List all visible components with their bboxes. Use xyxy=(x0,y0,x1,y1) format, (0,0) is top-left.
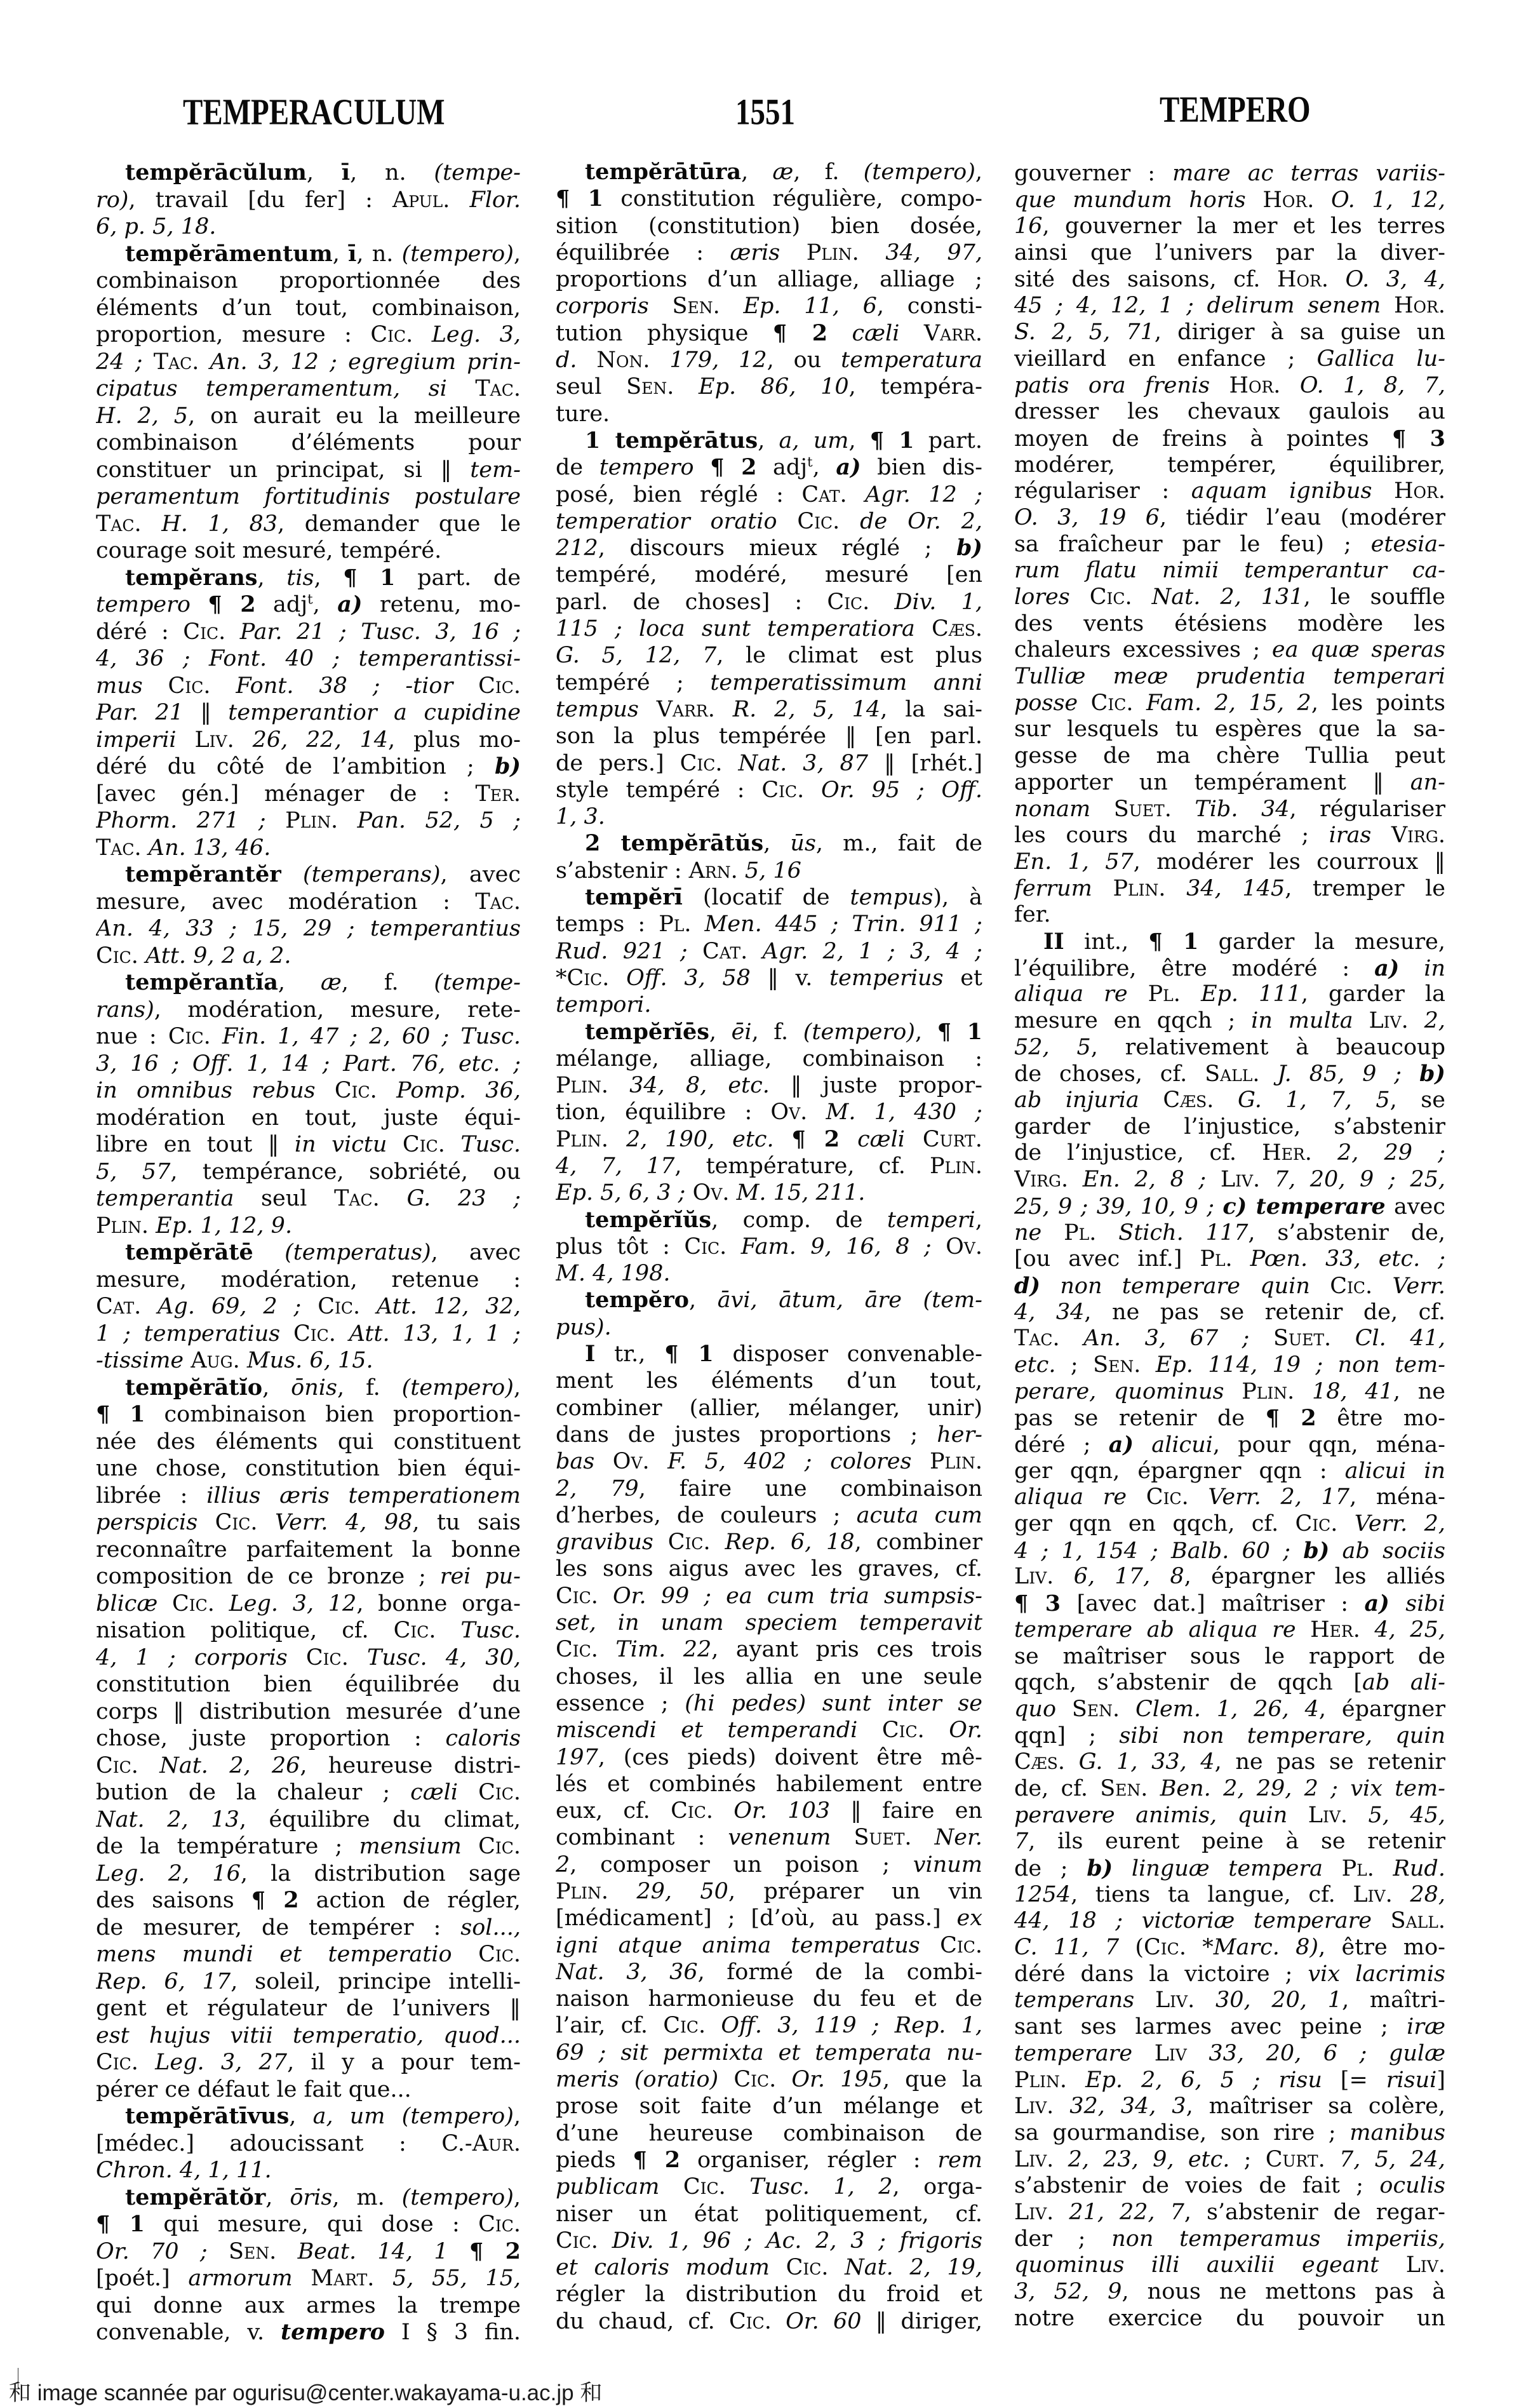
bold-italic-text: a) xyxy=(1109,1432,1134,1458)
author-abbreviation: Liv. xyxy=(1221,1167,1260,1192)
author-abbreviation: Cic. xyxy=(96,2050,138,2075)
author-abbreviation: Plin. xyxy=(1014,2067,1067,2093)
text-line: déré dans la victoire ; vix lacrimis xyxy=(1014,1961,1445,1988)
text-line: d’une heureuse combinaison de xyxy=(556,2120,982,2147)
italic-text: mus xyxy=(96,673,143,699)
bold-text: tempĕrāmentum xyxy=(125,241,333,267)
text-line: gesse de ma chère Tullia peut xyxy=(1014,743,1445,770)
text-line: bution de la chaleur ; cæli Cic. xyxy=(96,1779,521,1806)
author-abbreviation: Cic. xyxy=(1090,584,1132,610)
author-abbreviation: Tac. xyxy=(334,1186,380,1211)
author-abbreviation: Cic. xyxy=(556,2228,598,2254)
italic-text: tis xyxy=(286,565,314,591)
text-line: son la plus tempérée ‖ [en parl. xyxy=(556,723,982,749)
text-line: Cic. Div. 1, 96 ; Ac. 2, 3 ; frigoris xyxy=(556,2228,982,2254)
italic-text: rans) xyxy=(96,997,154,1023)
author-abbreviation: Cic. xyxy=(394,1618,436,1643)
italic-text: 44, 18 ; victoriæ temperare xyxy=(1014,1908,1372,1933)
italic-text: Flor. xyxy=(469,187,521,213)
text-line: 2, 79, faire une combinaison xyxy=(556,1475,982,1502)
text-line: temps : Pl. Men. 445 ; Trin. 911 ; xyxy=(556,911,982,938)
text-line: chaleurs excessives ; ea quæ speras xyxy=(1014,637,1445,664)
dictionary-entry: tempĕro, āvi, ātum, āre (tem-pus). xyxy=(556,1287,982,1341)
italic-text: 212 xyxy=(556,535,598,561)
page-number: 1551 xyxy=(735,94,795,131)
italic-text: miscendi et temperandi xyxy=(556,1717,857,1743)
italic-text: Cl. 41, xyxy=(1355,1326,1445,1351)
italic-text: vinum xyxy=(913,1852,982,1878)
text-line: pieds ¶ 2 organiser, régler : rem xyxy=(556,2147,982,2174)
bold-text: tempĕrātē xyxy=(125,1239,253,1265)
author-abbreviation: Suet. xyxy=(1114,796,1172,822)
text-line: garder de l’injustice, s’abstenir xyxy=(1014,1114,1445,1141)
italic-text: a, um xyxy=(779,428,849,454)
text-line: 1 tempĕrātus, a, um, ¶ 1 part. xyxy=(556,427,982,454)
bold-text: tempĕro xyxy=(585,1287,689,1313)
bold-text: ī xyxy=(348,241,356,267)
text-line: tempĕrantĕr (temperans), avec xyxy=(96,861,521,889)
italic-text: An. 3, 67 ; xyxy=(1083,1326,1249,1351)
text-line: 1, 3. xyxy=(556,803,982,830)
text-line: rans), modération, mesure, rete- xyxy=(96,997,521,1024)
italic-text: peravere animis, quin xyxy=(1014,1803,1287,1828)
author-abbreviation: Cic. xyxy=(882,1717,925,1743)
text-line: Liv. 32, 34, 3, maîtriser sa colère, xyxy=(1014,2093,1445,2120)
text-line: 6, p. 5, 18. xyxy=(96,213,521,241)
text-line: ¶ 1 combinaison bien proportion- xyxy=(96,1401,521,1428)
dictionary-entry: II int., ¶ 1 garder la mesure,l’équilibr… xyxy=(1014,929,1445,2332)
text-line: Tulliæ meæ prudentia temperari xyxy=(1014,664,1445,690)
text-line: 4 ; 1, 154 ; Balb. 60 ; b) ab sociis xyxy=(1014,1538,1445,1564)
author-abbreviation: Varr. xyxy=(657,697,715,722)
italic-text: mensium xyxy=(359,1834,462,1859)
italic-text: Div. 1, 96 ; Ac. 2, 3 ; frigoris xyxy=(612,2228,982,2254)
author-abbreviation: Cic. xyxy=(827,589,869,615)
italic-text: Men. 445 ; Trin. 911 ; xyxy=(705,911,982,937)
italic-text: aliqua re xyxy=(1014,981,1128,1007)
italic-text: Par. 21 xyxy=(96,700,184,725)
italic-text: Phorm. 271 ; xyxy=(96,808,266,833)
author-abbreviation: Apul. xyxy=(392,187,450,213)
italic-text: 21, 22, 7 xyxy=(1069,2200,1184,2225)
italic-text: Agr. 2, 1 ; 3, 4 ; xyxy=(763,939,982,964)
author-abbreviation: C.-Aur. xyxy=(441,2131,521,2156)
text-line: dresser les chevaux gaulois au xyxy=(1014,399,1445,426)
author-abbreviation: Her. xyxy=(1310,1617,1360,1643)
italic-text: An. 13, 46. xyxy=(149,835,271,861)
italic-text: alicui xyxy=(1151,1432,1213,1458)
italic-text: in xyxy=(1424,956,1445,981)
text-line: tempĕrāmentum, ī, n. (tempero), xyxy=(96,241,521,268)
italic-text: cæli xyxy=(410,1780,458,1805)
italic-text: Tusc. xyxy=(460,1132,521,1157)
text-line: née des éléments qui constituent xyxy=(96,1428,521,1456)
text-line: Leg. 2, 16, la distribution sage xyxy=(96,1860,521,1888)
text-line: fer. xyxy=(1014,902,1445,929)
italic-text: 1254 xyxy=(1014,1882,1071,1907)
italic-text: G. 23 ; xyxy=(406,1186,521,1211)
italic-text: temperi xyxy=(887,1207,975,1233)
author-abbreviation: Cic. xyxy=(168,1024,211,1049)
text-line: miscendi et temperandi Cic. Or. xyxy=(556,1717,982,1744)
left-guideword: TEMPERACULUM xyxy=(183,94,445,131)
text-line: in omnibus rebus Cic. Pomp. 36, xyxy=(96,1077,521,1105)
author-abbreviation: Liv. xyxy=(1014,2200,1054,2225)
italic-text: quominus illi auxilii egeant xyxy=(1014,2252,1379,2278)
author-abbreviation: Varr. xyxy=(924,321,982,346)
italic-text: ōris xyxy=(290,2185,332,2210)
dictionary-entry: tempĕrantĕr (temperans), avecmesure, ave… xyxy=(96,861,521,969)
text-line: tution physique ¶ 2 cæli Varr. xyxy=(556,320,982,347)
text-line: notre exercice du pouvoir un xyxy=(1014,2306,1445,2332)
italic-text: Tib. 34 xyxy=(1195,796,1289,822)
bold-text: tempĕrātŏr xyxy=(125,2184,265,2210)
bold-text: ¶ 2 xyxy=(792,1126,840,1152)
italic-text: M. 1, 430 ; xyxy=(826,1099,982,1125)
italic-text: (tempero) xyxy=(402,241,514,267)
italic-text: 4, 1 ; corporis xyxy=(96,1645,288,1670)
text-line: d) non temperare quin Cic. Verr. xyxy=(1014,1273,1445,1300)
text-line: est hujus vitii temperatio, quod... xyxy=(96,2022,521,2050)
italic-text: -tissime xyxy=(96,1348,184,1373)
italic-text: Fam. 2, 15, 2 xyxy=(1146,690,1311,716)
italic-text: est hujus vitii temperatio, quod... xyxy=(96,2023,521,2048)
author-abbreviation: Aug. xyxy=(191,1348,239,1373)
text-line: dans de justes proportions ; her- xyxy=(556,1421,982,1448)
text-line: Cic. Nat. 2, 26, heureuse distri- xyxy=(96,1752,521,1780)
text-line: mus Cic. Font. 38 ; -tior Cic. xyxy=(96,673,521,700)
italic-text: 16 xyxy=(1014,213,1043,239)
italic-text: Tusc. 4, 30, xyxy=(367,1645,521,1670)
italic-text: 2, xyxy=(1424,1008,1445,1033)
italic-text: Rud. xyxy=(1393,1856,1445,1881)
author-abbreviation: Sen. xyxy=(229,2239,276,2264)
italic-text: pus). xyxy=(556,1315,612,1340)
italic-text: in omnibus rebus xyxy=(96,1078,316,1103)
italic-text: (tempero) xyxy=(803,1019,915,1045)
italic-text: Att. 12, 32, xyxy=(377,1294,521,1319)
text-line: qqn] ; sibi non temperare, quin xyxy=(1014,1723,1445,1750)
italic-text: Tusc. xyxy=(460,1618,521,1643)
author-abbreviation: Curt. xyxy=(923,1127,982,1152)
author-abbreviation: Suet. xyxy=(1273,1326,1331,1351)
italic-text: 2, 29 ; xyxy=(1337,1140,1445,1166)
text-line: 197, (ces pieds) doivent être mê- xyxy=(556,1744,982,1771)
text-line: d. Non. 179, 12, ou temperatura xyxy=(556,347,982,373)
italic-text: Ner. xyxy=(935,1825,982,1850)
dictionary-entry: 2 tempĕrātŭs, ūs, m., fait des’abstenir … xyxy=(556,830,982,884)
italic-text: 32, 34, 3 xyxy=(1069,2093,1186,2119)
text-line: Liv. 2, 23, 9, etc. ; Curt. 7, 5, 24, xyxy=(1014,2147,1445,2174)
superscript: t xyxy=(307,591,312,607)
italic-text: (temperans) xyxy=(303,862,441,887)
italic-text: G. 1, 33, 4 xyxy=(1079,1749,1215,1775)
text-line: courage soit mesuré, tempéré. xyxy=(96,537,521,565)
italic-text: 69 ; sit permixta et temperata nu- xyxy=(556,2040,982,2066)
author-abbreviation: Liv. xyxy=(1353,1882,1392,1907)
author-abbreviation: Tac. xyxy=(154,349,199,375)
italic-text: Pœn. 33, etc. ; xyxy=(1250,1246,1445,1272)
text-line: gravibus Cic. Rep. 6, 18, combiner xyxy=(556,1529,982,1556)
text-line: seul Sen. Ep. 86, 10, tempéra- xyxy=(556,373,982,400)
italic-text: 3, 16 ; Off. 1, 14 ; Part. 76, etc. ; xyxy=(96,1051,521,1077)
italic-text: perspicis xyxy=(96,1510,198,1535)
text-line: gent et régulateur de l’univers ‖ xyxy=(96,1995,521,2022)
text-line: déré ; a) alicui, pour qqn, ména- xyxy=(1014,1432,1445,1458)
text-line: 52, 5, relativement à beaucoup xyxy=(1014,1035,1445,1061)
italic-text: temperans xyxy=(1014,1987,1134,2013)
bold-text: I xyxy=(585,1341,595,1367)
italic-text: 34, 145 xyxy=(1186,876,1285,901)
text-line: aliqua re Cic. Verr. 2, 17, ména- xyxy=(1014,1484,1445,1511)
text-line: patis ora frenis Hor. O. 1, 8, 7, xyxy=(1014,373,1445,400)
text-line: de pers.] Cic. Nat. 3, 87 ‖ [rhét.] xyxy=(556,750,982,777)
dictionary-entry: tempĕrātīvus, a, um (tempero),[médec.] a… xyxy=(96,2103,521,2184)
text-line: plus tôt : Cic. Fam. 9, 16, 8 ; Ov. xyxy=(556,1233,982,1260)
author-abbreviation: Hor. xyxy=(1394,478,1445,504)
text-line: posse Cic. Fam. 2, 15, 2, les points xyxy=(1014,690,1445,717)
text-line: s’abstenir : Arn. 5, 16 xyxy=(556,857,982,884)
text-line: tempus Varr. R. 2, 5, 14, la sai- xyxy=(556,696,982,723)
italic-text: Ep. 11, 6 xyxy=(743,293,876,319)
text-line: tempĕrĭŭs, comp. de temperi, xyxy=(556,1207,982,1233)
italic-text: Or. 70 ; xyxy=(96,2239,208,2264)
bold-text: tempĕrī xyxy=(585,884,683,910)
italic-text: aliqua re xyxy=(1014,1484,1127,1510)
text-line: ¶ 1 constitution régulière, compo- xyxy=(556,185,982,212)
text-line: constitution bien équilibrée du xyxy=(96,1671,521,1698)
author-abbreviation: Liv. xyxy=(1014,1564,1054,1589)
text-line: blicæ Cic. Leg. 3, 12, bonne orga- xyxy=(96,1590,521,1618)
text-line: naison harmonieuse du feu et de xyxy=(556,1986,982,2012)
author-abbreviation: Cic. xyxy=(1146,1484,1189,1510)
author-abbreviation: Pl. xyxy=(1064,1220,1096,1246)
italic-text: Font. 38 ; -tior xyxy=(236,673,453,699)
text-line: 2, composer un poison ; vinum xyxy=(556,1852,982,1878)
text-line: publicam Cic. Tusc. 1, 2, orga- xyxy=(556,2174,982,2200)
author-abbreviation: Ter. xyxy=(475,781,521,807)
bold-text: ¶ 1 xyxy=(96,2211,145,2237)
text-line: bas Ov. F. 5, 402 ; colores Plin. xyxy=(556,1448,982,1475)
italic-text: de Or. 2, xyxy=(860,509,982,534)
italic-text: Att. 13, 1, 1 ; xyxy=(349,1321,521,1347)
italic-text: 1, 3. xyxy=(556,804,605,830)
column-1: tempĕrācŭlum, ī, n. (tempe-ro), travail … xyxy=(96,159,521,2346)
author-abbreviation: Cic. xyxy=(168,673,211,699)
text-line: ture. xyxy=(556,401,982,427)
italic-text: acuta cum xyxy=(857,1503,982,1528)
italic-text: etc. xyxy=(1014,1352,1056,1378)
text-line: s’abstenir de voies de fait ; oculis xyxy=(1014,2173,1445,2200)
text-line: prose soit faite d’un mélange et xyxy=(556,2093,982,2120)
italic-text: (tempero) xyxy=(402,2185,514,2210)
text-line: vieillard en enfance ; Gallica lu- xyxy=(1014,346,1445,373)
text-line: sur lesquels tu espères que la sa- xyxy=(1014,716,1445,743)
italic-text: Pan. 52, 5 ; xyxy=(358,808,521,833)
text-line: de ; b) linguæ tempera Pl. Rud. xyxy=(1014,1855,1445,1882)
italic-text: 2, 190, etc. xyxy=(626,1127,774,1152)
italic-text: Or. 195 xyxy=(791,2067,883,2092)
text-line: ger qqn en qqch, cf. Cic. Verr. 2, xyxy=(1014,1511,1445,1538)
author-abbreviation: Cic. xyxy=(683,2174,726,2200)
text-line: Cic. Tim. 22, ayant pris ces trois xyxy=(556,1636,982,1663)
italic-text: C. 11, 7 xyxy=(1014,1935,1119,1960)
dictionary-entry: tempĕrī (locatif de tempus), àtemps : Pl… xyxy=(556,884,982,1018)
italic-text: En. 2, 8 ; xyxy=(1083,1167,1207,1192)
text-line: peravere animis, quin Liv. 5, 45, xyxy=(1014,1803,1445,1829)
text-line: les sons aigus avec les graves, cf. xyxy=(556,1556,982,1582)
italic-text: (tempe- xyxy=(434,160,521,185)
italic-text: iræ xyxy=(1407,2014,1445,2040)
bold-text: ¶ 1 xyxy=(870,427,914,454)
author-abbreviation: Ov. xyxy=(946,1234,982,1260)
italic-text: M. 4, 198. xyxy=(556,1261,671,1286)
text-line: ainsi que l’univers par la diver- xyxy=(1014,240,1445,267)
text-line: quo Sen. Clem. 1, 26, 4, épargner xyxy=(1014,1697,1445,1723)
text-line: proportion, mesure : Cic. Leg. 3, xyxy=(96,321,521,349)
text-line: équilibrée : æris Plin. 34, 97, xyxy=(556,239,982,266)
italic-text: 5, 57 xyxy=(96,1159,170,1185)
bold-text: tempĕrantĭa xyxy=(125,969,278,995)
text-line: Cæs. G. 1, 33, 4, ne pas se retenir xyxy=(1014,1749,1445,1776)
text-line: [ou avec inf.] Pl. Pœn. 33, etc. ; xyxy=(1014,1246,1445,1273)
bold-text: ¶ 2 xyxy=(633,2147,681,2173)
italic-text: F. 5, 402 ; colores xyxy=(667,1449,911,1474)
italic-text: temperius xyxy=(829,965,944,991)
italic-text: O. 1, 8, 7, xyxy=(1300,373,1445,398)
bold-text: ¶ 2 xyxy=(251,1887,299,1913)
italic-text: 28, xyxy=(1410,1882,1445,1907)
author-abbreviation: Tac. xyxy=(96,835,142,861)
text-line: tempéré ; temperatissimum anni xyxy=(556,669,982,696)
italic-text: Ag. 69, 2 ; xyxy=(157,1294,301,1319)
author-abbreviation: Cic. xyxy=(940,1933,982,1958)
italic-text: (tempe- xyxy=(434,970,521,995)
text-line: nonam Suet. Tib. 34, régulariser xyxy=(1014,796,1445,823)
text-line: 2 tempĕrātŭs, ūs, m., fait de xyxy=(556,830,982,857)
bold-italic-text: b) xyxy=(495,753,521,779)
italic-text: ab injuria xyxy=(1014,1087,1139,1113)
author-abbreviation: Cic. xyxy=(318,1294,360,1319)
italic-text: 4, 36 ; Font. 40 ; temperantissi- xyxy=(96,646,521,671)
italic-text: ab sociis xyxy=(1342,1538,1445,1564)
bold-text: tempĕrĭēs xyxy=(585,1019,709,1045)
italic-text: Fin. 1, 47 ; 2, 60 ; Tusc. xyxy=(222,1024,521,1049)
italic-text: Div. 1, xyxy=(894,589,982,615)
text-line: d’herbes, de couleurs ; acuta cum xyxy=(556,1502,982,1529)
italic-text: 2 xyxy=(556,1852,570,1878)
bold-italic-text: b) xyxy=(956,535,982,561)
italic-text: 33, 20, 6 ; gulæ xyxy=(1209,2041,1445,2066)
italic-text: 45 ; 4, 12, 1 ; delirum senem xyxy=(1014,293,1381,318)
bold-text: ī xyxy=(342,159,350,185)
text-line: et caloris modum Cic. Nat. 2, 19, xyxy=(556,2254,982,2281)
italic-text: 29, 50 xyxy=(636,1879,728,1904)
text-line: tion, équilibre : Ov. M. 1, 430 ; xyxy=(556,1099,982,1126)
scan-credit: 和 image scannée par ogurisu@center.wakay… xyxy=(9,2382,602,2405)
bold-text: 2 tempĕrātŭs xyxy=(585,830,763,856)
italic-text: tempori. xyxy=(556,992,652,1018)
text-line: ab injuria Cæs. G. 1, 7, 5, se xyxy=(1014,1087,1445,1114)
text-line: Cat. Ag. 69, 2 ; Cic. Att. 12, 32, xyxy=(96,1293,521,1321)
text-line: mélange, alliage, combinaison : xyxy=(556,1045,982,1072)
text-line: Nat. 2, 13, équilibre du climat, xyxy=(96,1806,521,1834)
author-abbreviation: Plin. xyxy=(1113,876,1165,901)
italic-text: tem- xyxy=(470,457,521,483)
italic-text: Or. 95 ; Off. xyxy=(821,777,982,803)
text-line: tempĕrī (locatif de tempus), à xyxy=(556,884,982,911)
bold-italic-text: a) xyxy=(337,591,362,617)
italic-text: Par. 21 ; Tusc. 3, 16 ; xyxy=(240,619,521,645)
text-line: -tissime Aug. Mus. 6, 15. xyxy=(96,1347,521,1374)
text-line: composition de ce bronze ; rei pu- xyxy=(96,1563,521,1590)
dictionary-entry: tempĕrātūra, æ, f. (tempero),¶ 1 constit… xyxy=(556,159,982,427)
text-line: l’air, cf. Cic. Off. 3, 119 ; Rep. 1, xyxy=(556,2012,982,2039)
author-abbreviation: Suet. xyxy=(854,1825,911,1850)
italic-text: Tulliæ meæ prudentia temperari xyxy=(1014,664,1445,689)
author-abbreviation: Cic. xyxy=(733,2067,776,2092)
author-abbreviation: Liv. xyxy=(1155,1987,1195,2013)
italic-text: armorum xyxy=(188,2266,292,2291)
italic-text: 5, 55, 15, xyxy=(392,2266,521,2291)
author-abbreviation: Cat. xyxy=(801,482,847,507)
italic-text: temperare ab aliqua re xyxy=(1014,1617,1296,1643)
author-abbreviation: Cic. xyxy=(293,1321,336,1347)
author-abbreviation: Cic. xyxy=(1330,1274,1372,1299)
text-line: Cic. Leg. 3, 27, il y a pour tem- xyxy=(96,2049,521,2076)
text-line: O. 3, 19 6, tiédir l’eau (modérer xyxy=(1014,505,1445,532)
bold-text: ¶ 1 xyxy=(664,1341,714,1367)
italic-text: temperatissimum anni xyxy=(710,670,982,696)
italic-text: imperii xyxy=(96,727,177,753)
bold-text: tempĕrans xyxy=(125,565,257,591)
bold-text: tempĕrātīvus xyxy=(125,2103,289,2129)
author-abbreviation: Cæs. xyxy=(932,616,982,642)
text-line: nisation politique, cf. Cic. Tusc. xyxy=(96,1617,521,1644)
italic-text: ea quæ speras xyxy=(1272,637,1445,662)
italic-text: ab ali- xyxy=(1362,1670,1445,1695)
text-line: Rud. 921 ; Cat. Agr. 2, 1 ; 3, 4 ; xyxy=(556,938,982,965)
italic-text: 115 ; loca sunt temperatiora xyxy=(556,616,915,642)
italic-text: rei pu- xyxy=(440,1564,521,1589)
author-abbreviation: Curt. xyxy=(1266,2147,1325,2172)
text-line: combinaison d’éléments pour xyxy=(96,429,521,457)
author-abbreviation: Plin. xyxy=(807,240,859,265)
italic-text: Marc. 8) xyxy=(1214,1935,1318,1960)
dictionary-page: TEMPERACULUM 1551 TEMPERO tempĕrācŭlum, … xyxy=(0,0,1540,2406)
italic-text: manibus xyxy=(1349,2120,1445,2146)
text-line: tempĕrācŭlum, ī, n. (tempe- xyxy=(96,159,521,187)
text-line: Virg. En. 2, 8 ; Liv. 7, 20, 9 ; 25, xyxy=(1014,1167,1445,1193)
italic-text: Ep. 2, 6, 5 ; risu xyxy=(1085,2067,1322,2093)
italic-text: æ xyxy=(321,970,342,995)
text-line: 4, 34, ne pas se retenir de, cf. xyxy=(1014,1300,1445,1326)
text-line: [avec gén.] ménager de : Ter. xyxy=(96,781,521,808)
italic-text: Nat. 2, 26 xyxy=(159,1753,300,1778)
italic-text: 5, 45, xyxy=(1369,1803,1446,1828)
italic-text: 4, 25, xyxy=(1374,1617,1445,1643)
text-line: 4, 7, 17, température, cf. Plin. xyxy=(556,1153,982,1179)
text-line: de mesurer, de tempérer : sol..., xyxy=(96,1914,521,1942)
italic-text: An. 4, 33 ; 15, 29 ; temperantius xyxy=(96,916,521,941)
text-line: set, in unam speciem temperavit xyxy=(556,1610,982,1636)
italic-text: sibi non temperare, quin xyxy=(1119,1723,1445,1749)
text-line: G. 5, 12, 7, le climat est plus xyxy=(556,642,982,669)
italic-text: G. 5, 12, 7 xyxy=(556,643,716,668)
author-abbreviation: Cic. xyxy=(797,509,840,534)
author-abbreviation: Cic. xyxy=(1144,1935,1186,1960)
italic-text: Or. 60 xyxy=(786,2309,861,2334)
